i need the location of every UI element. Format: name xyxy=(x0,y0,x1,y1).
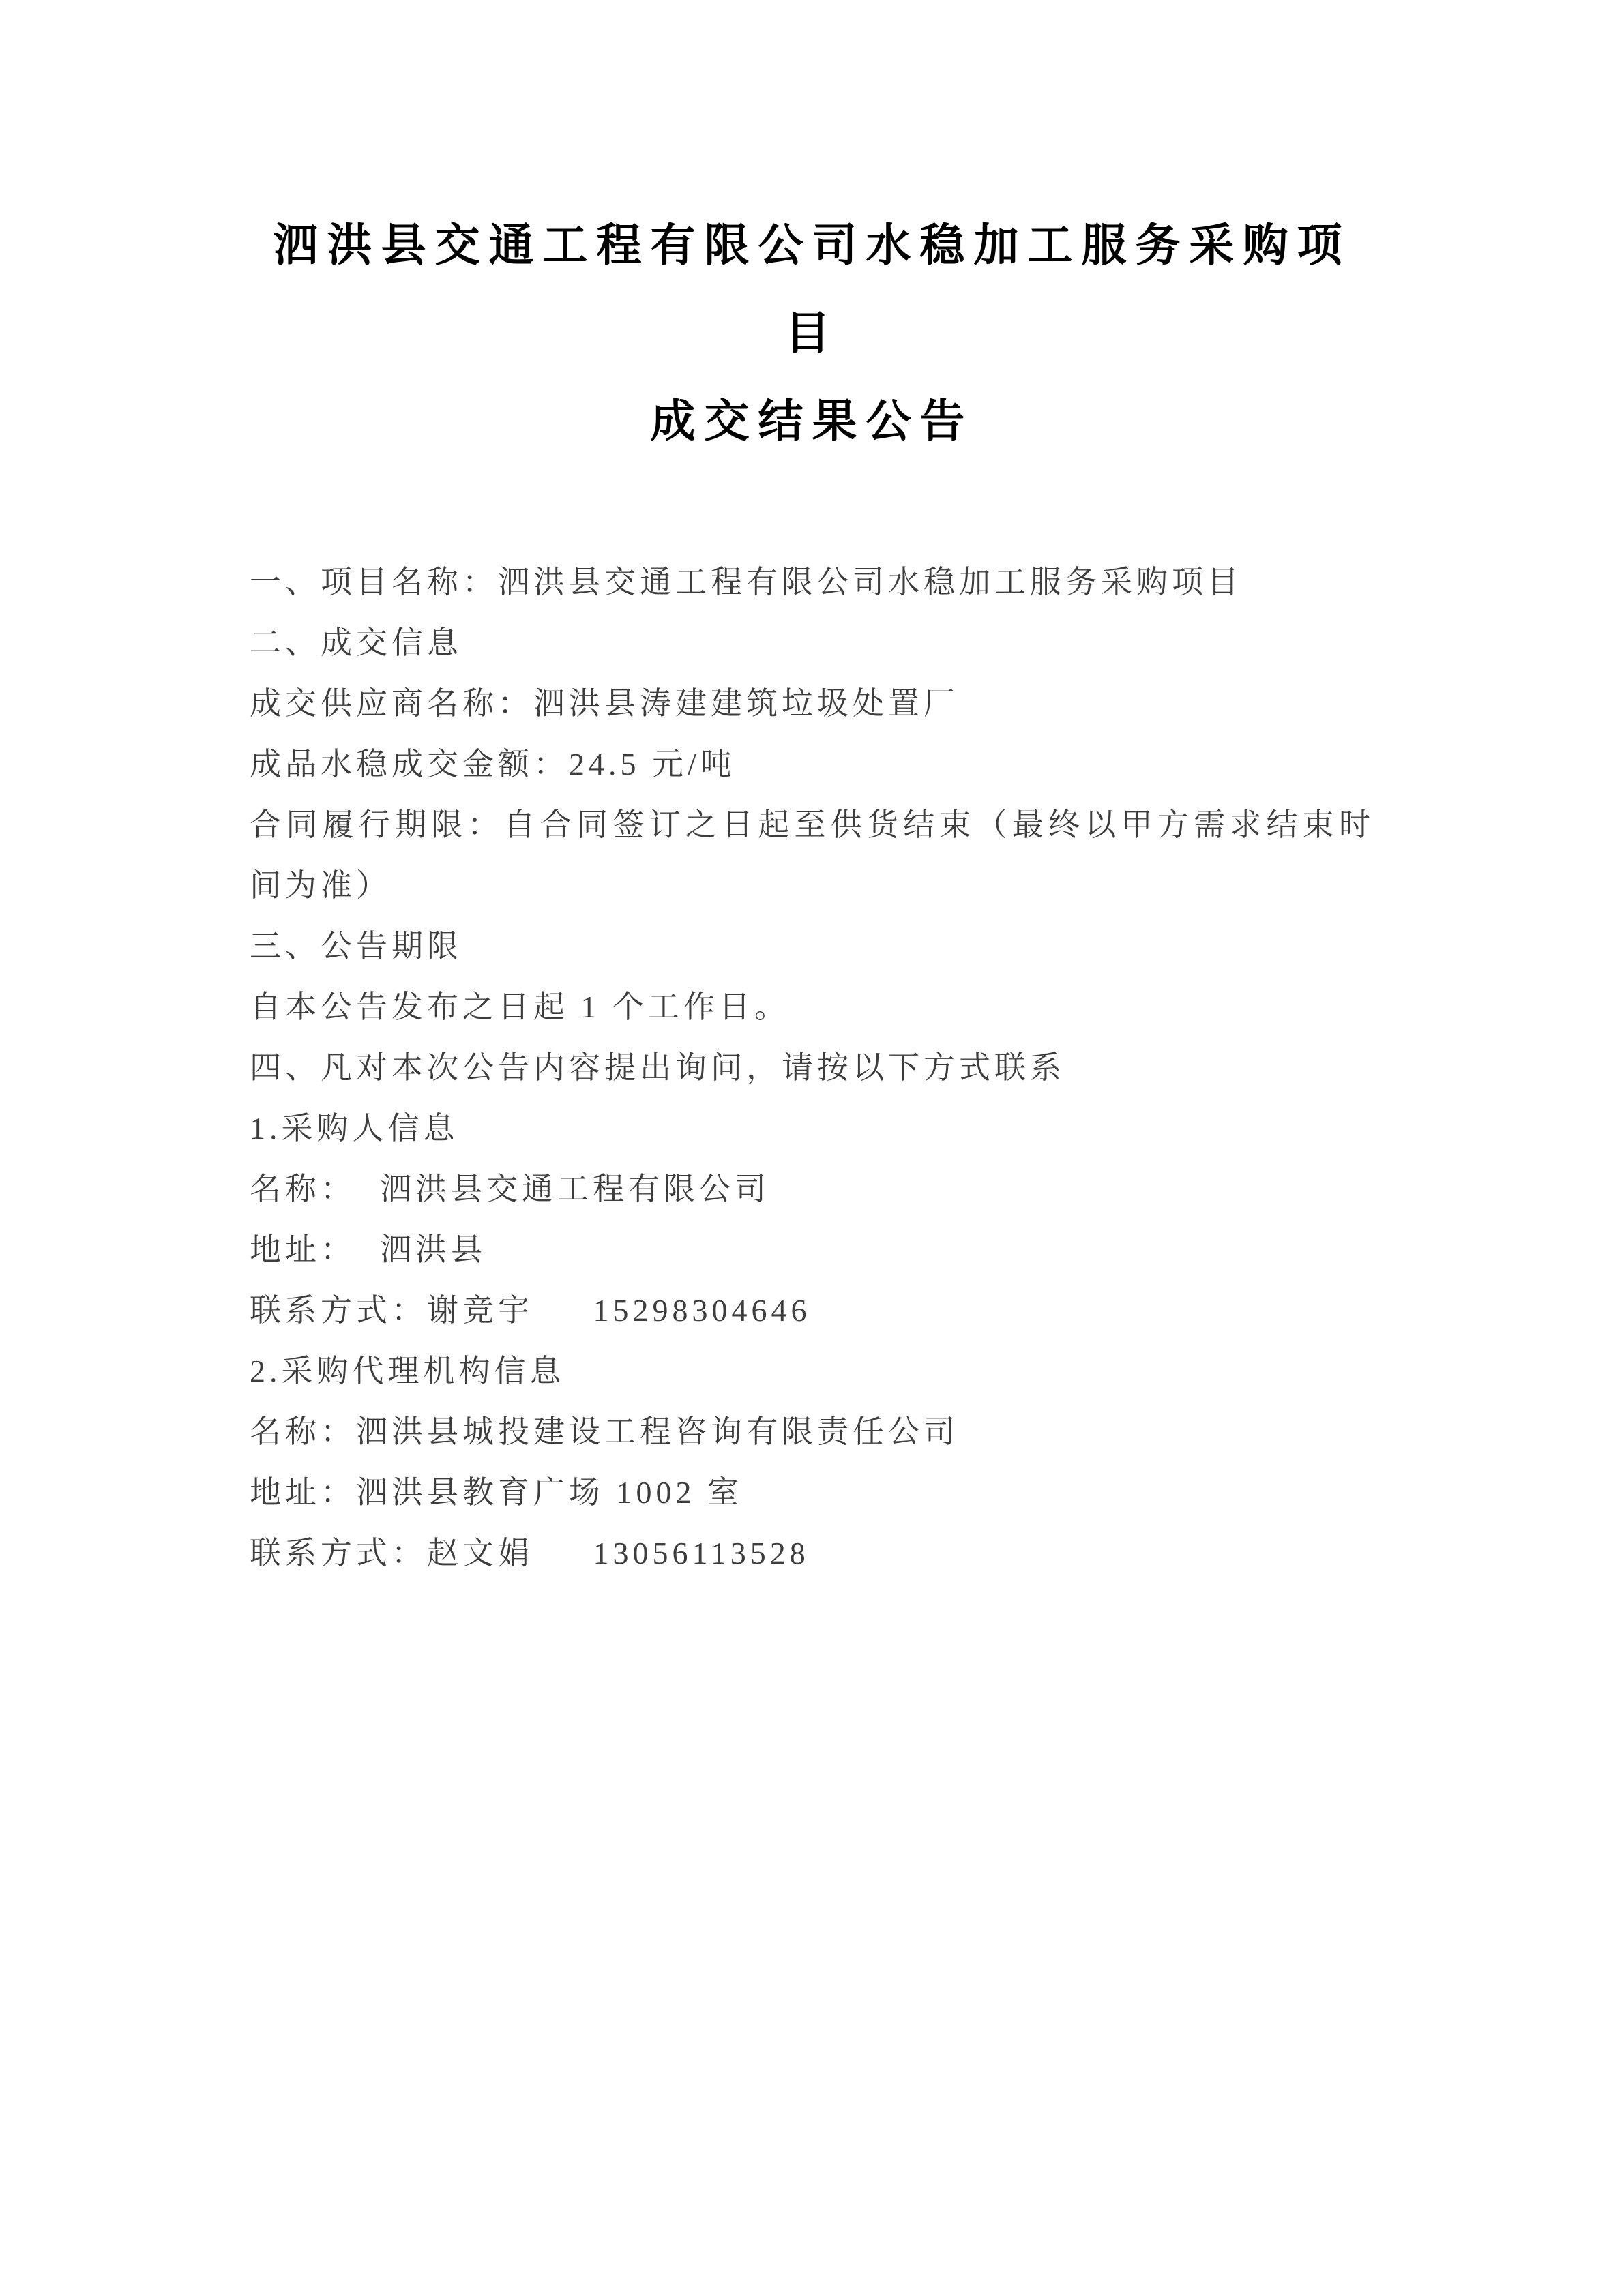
paragraph-project-name: 一、项目名称：泗洪县交通工程有限公司水稳加工服务采购项目 xyxy=(250,552,1374,612)
heading-agency-info: 2.采购代理机构信息 xyxy=(250,1341,1374,1401)
paragraph-agency-name: 名称：泗洪县城投建设工程咨询有限责任公司 xyxy=(250,1401,1374,1462)
paragraph-notice-period: 自本公告发布之日起 1 个工作日。 xyxy=(250,976,1374,1037)
paragraph-purchaser-address: 地址： 泗洪县 xyxy=(250,1219,1374,1280)
paragraph-contract-period: 合同履行期限：自合同签订之日起至供货结束（最终以甲方需求结束时间为准） xyxy=(250,794,1374,916)
paragraph-purchaser-contact: 联系方式：谢竞宇 15298304646 xyxy=(250,1280,1374,1341)
document-body: 一、项目名称：泗洪县交通工程有限公司水稳加工服务采购项目 二、成交信息 成交供应… xyxy=(250,552,1374,1583)
document-title-line-2: 成交结果公告 xyxy=(250,378,1374,466)
paragraph-agency-contact: 联系方式：赵文娟 13056113528 xyxy=(250,1523,1374,1583)
heading-contact-info: 四、凡对本次公告内容提出询问，请按以下方式联系 xyxy=(250,1037,1374,1098)
document-page: 泗洪县交通工程有限公司水稳加工服务采购项目 成交结果公告 一、项目名称：泗洪县交… xyxy=(0,0,1624,2296)
paragraph-deal-price: 成品水稳成交金额：24.5 元/吨 xyxy=(250,734,1374,794)
heading-purchaser-info: 1.采购人信息 xyxy=(250,1098,1374,1159)
document-title-line-1: 泗洪县交通工程有限公司水稳加工服务采购项目 xyxy=(250,202,1374,378)
heading-deal-info: 二、成交信息 xyxy=(250,612,1374,673)
paragraph-agency-address: 地址：泗洪县教育广场 1002 室 xyxy=(250,1462,1374,1523)
paragraph-supplier-name: 成交供应商名称：泗洪县涛建建筑垃圾处置厂 xyxy=(250,673,1374,734)
paragraph-purchaser-name: 名称： 泗洪县交通工程有限公司 xyxy=(250,1159,1374,1219)
heading-notice-period: 三、公告期限 xyxy=(250,916,1374,976)
document-title: 泗洪县交通工程有限公司水稳加工服务采购项目 成交结果公告 xyxy=(250,202,1374,466)
